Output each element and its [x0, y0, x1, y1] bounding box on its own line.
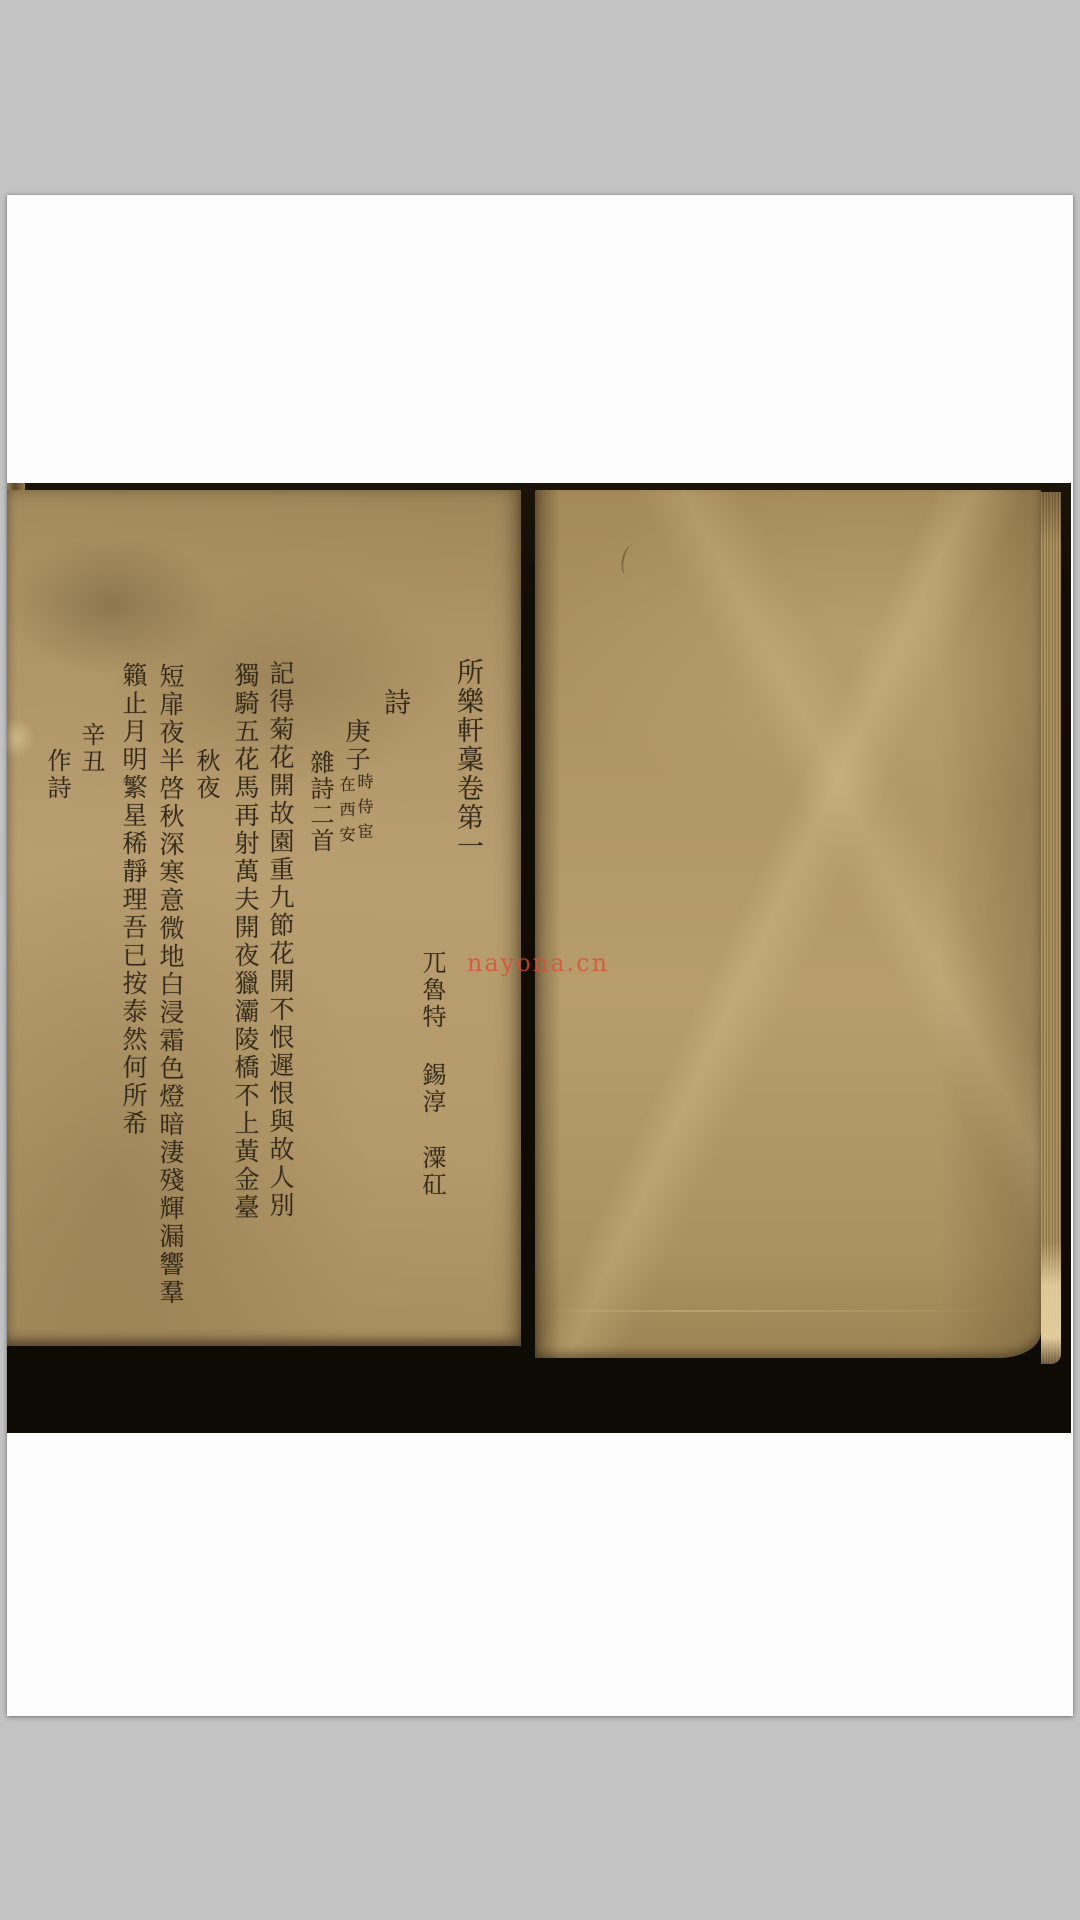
author-clan: 兀魯特: [420, 950, 444, 1031]
poem2-column-2: 籟止月明繁星稀靜理吾已按泰然何所希: [121, 662, 146, 1138]
poem1-note-left: 在西安: [338, 776, 354, 851]
colophon-zuoshi: 作詩: [45, 748, 69, 802]
book-scan-photo: 所樂軒稾卷第一 詩 庚子 時侍宦 在西安 雜詩二首 記得菊花開故園重九節花開不恨…: [7, 483, 1071, 1433]
poem1-column-2: 獨騎五花馬再射萬夫開夜獵灞陵橋不上黃金臺: [233, 662, 258, 1222]
site-watermark: nayona.cn: [467, 949, 609, 977]
colophon-xinchou: 辛丑: [79, 722, 103, 776]
scan-viewer-backdrop: 所樂軒稾卷第一 詩 庚子 時侍宦 在西安 雜詩二首 記得菊花開故園重九節花開不恨…: [0, 0, 1080, 1920]
section-heading-shi: 詩: [381, 688, 408, 715]
document-page-card: 所樂軒稾卷第一 詩 庚子 時侍宦 在西安 雜詩二首 記得菊花開故園重九節花開不恨…: [7, 195, 1073, 1716]
book-right-page-blank: [535, 490, 1041, 1358]
poem2-column-1: 短扉夜半啓秋深寒意微地白浸霜色燈暗淒殘輝漏響羣: [158, 663, 183, 1307]
title-column: 所樂軒稾卷第一: [454, 658, 481, 861]
poem1-column-1: 記得菊花開故園重九節花開不恨遲恨與故人別: [268, 660, 293, 1220]
poem1-heading-gengzi: 庚子: [344, 718, 369, 774]
poem1-note-right: 時侍宦: [356, 773, 372, 848]
author-name: 錫淳: [420, 1062, 444, 1116]
author-style-name: 潥矼: [420, 1145, 444, 1199]
poem1-subtitle: 雜詩二首: [308, 750, 332, 854]
book-left-page: [7, 490, 521, 1346]
poem2-heading-qiuye: 秋夜: [194, 748, 218, 802]
page-stack-fore-edge: [1041, 492, 1061, 1364]
